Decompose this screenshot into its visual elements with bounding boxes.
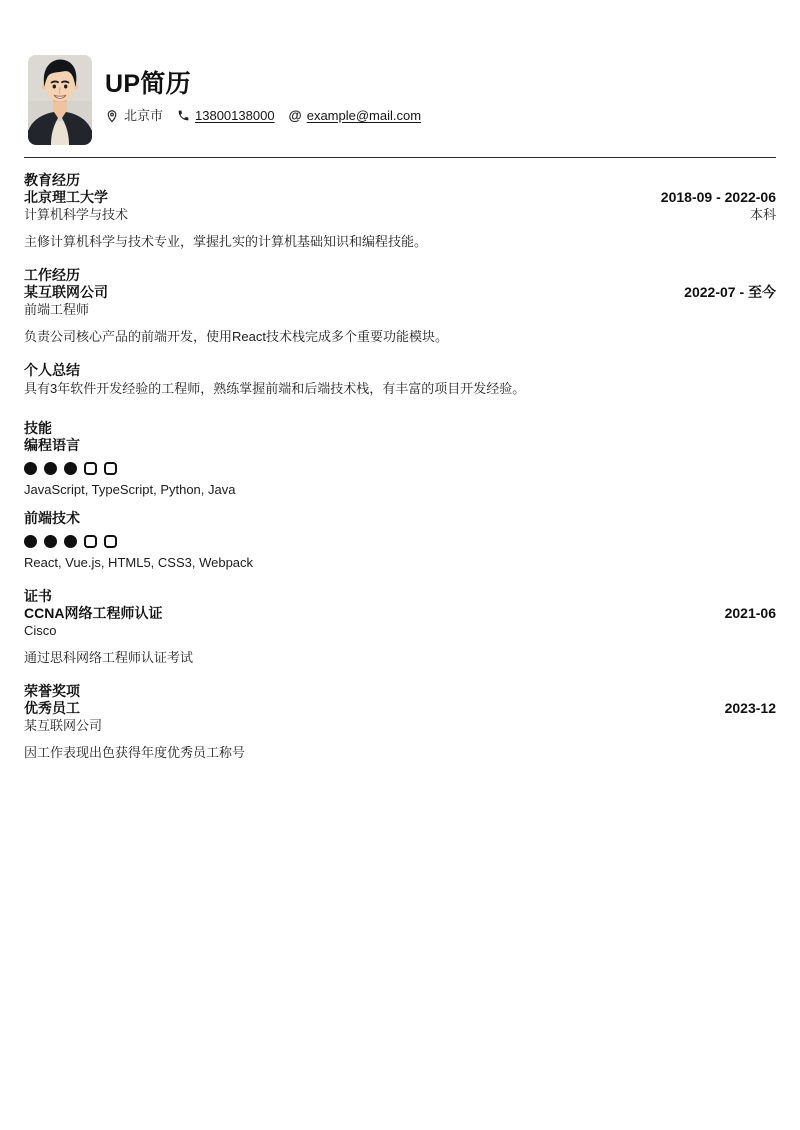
location-text: 北京市 [124,107,163,124]
skill-dot-empty [84,535,97,548]
work-description: 负责公司核心产品的前端开发，使用React技术栈完成多个重要功能模块。 [24,328,776,345]
education-subline: 计算机科学与技术 本科 [24,206,776,223]
profile-photo [28,55,92,145]
award-issuer: 某互联网公司 [24,717,102,734]
skill-group-name: 编程语言 [24,437,776,454]
location-pin-icon [105,109,119,123]
at-icon: @ [289,107,302,124]
education-degree: 本科 [750,206,776,223]
section-summary: 个人总结 具有3年软件开发经验的工程师，熟练掌握前端和后端技术栈，有丰富的项目开… [24,362,776,397]
header-divider [24,157,776,158]
certificates-heading: 证书 [24,588,776,605]
certificate-date: 2021-06 [725,605,776,622]
award-description: 因工作表现出色获得年度优秀员工称号 [24,744,776,761]
skills-heading: 技能 [24,420,776,437]
skill-dot-filled [24,535,37,548]
skill-dot-filled [24,462,37,475]
education-school: 北京理工大学 [24,189,108,206]
skill-keywords: React, Vue.js, HTML5, CSS3, Webpack [24,554,776,571]
certificate-issuer: Cisco [24,622,57,639]
skill-dot-empty [84,462,97,475]
section-skills: 技能 编程语言 JavaScript, TypeScript, Python, … [24,420,776,571]
header-info: UP简历 北京市 [105,55,435,124]
work-entry: 某互联网公司 2022-07 - 至今 [24,284,776,301]
section-certificates: 证书 CCNA网络工程师认证 2021-06 Cisco 通过思科网络工程师认证… [24,588,776,666]
resume-title: UP简历 [105,71,435,97]
skill-level-dots [24,461,776,475]
skill-group-name: 前端技术 [24,510,776,527]
education-heading: 教育经历 [24,172,776,189]
phone-icon [177,109,190,122]
skill-dot-filled [44,462,57,475]
skill-dot-filled [64,462,77,475]
certificate-entry: CCNA网络工程师认证 2021-06 [24,605,776,622]
certificate-name: CCNA网络工程师认证 [24,605,162,622]
summary-heading: 个人总结 [24,362,776,379]
work-date: 2022-07 - 至今 [684,284,776,301]
education-entry: 北京理工大学 2018-09 - 2022-06 [24,189,776,206]
skill-level-dots [24,534,776,548]
award-date: 2023-12 [725,700,776,717]
profile-photo-illustration [28,55,92,145]
contact-row: 北京市 13800138000 @ example@mail.com [105,107,435,124]
award-name: 优秀员工 [24,700,80,717]
work-role: 前端工程师 [24,301,89,318]
education-date: 2018-09 - 2022-06 [661,189,776,206]
contact-email[interactable]: @ example@mail.com [289,107,422,124]
education-major: 计算机科学与技术 [24,206,128,223]
phone-number[interactable]: 13800138000 [195,107,275,124]
skill-dot-empty [104,535,117,548]
skill-dot-filled [44,535,57,548]
contact-phone[interactable]: 13800138000 [177,107,275,124]
certificate-description: 通过思科网络工程师认证考试 [24,649,776,666]
skill-keywords: JavaScript, TypeScript, Python, Java [24,481,776,498]
section-awards: 荣誉奖项 优秀员工 2023-12 某互联网公司 因工作表现出色获得年度优秀员工… [24,683,776,761]
skill-group-frontend: 前端技术 React, Vue.js, HTML5, CSS3, Webpack [24,510,776,571]
summary-description: 具有3年软件开发经验的工程师，熟练掌握前端和后端技术栈，有丰富的项目开发经验。 [24,380,776,397]
skill-dot-filled [64,535,77,548]
skill-group-programming: 编程语言 JavaScript, TypeScript, Python, Jav… [24,437,776,498]
award-entry: 优秀员工 2023-12 [24,700,776,717]
work-heading: 工作经历 [24,267,776,284]
skill-dot-empty [104,462,117,475]
work-company: 某互联网公司 [24,284,108,301]
certificate-subline: Cisco [24,622,776,639]
awards-heading: 荣誉奖项 [24,683,776,700]
resume-page: UP简历 北京市 [0,0,800,1130]
section-education: 教育经历 北京理工大学 2018-09 - 2022-06 计算机科学与技术 本… [24,172,776,250]
section-work: 工作经历 某互联网公司 2022-07 - 至今 前端工程师 负责公司核心产品的… [24,267,776,345]
contact-location: 北京市 [105,107,163,124]
resume-header: UP简历 北京市 [24,55,776,145]
work-subline: 前端工程师 [24,301,776,318]
award-subline: 某互联网公司 [24,717,776,734]
email-address[interactable]: example@mail.com [307,107,421,124]
education-description: 主修计算机科学与技术专业，掌握扎实的计算机基础知识和编程技能。 [24,233,776,250]
